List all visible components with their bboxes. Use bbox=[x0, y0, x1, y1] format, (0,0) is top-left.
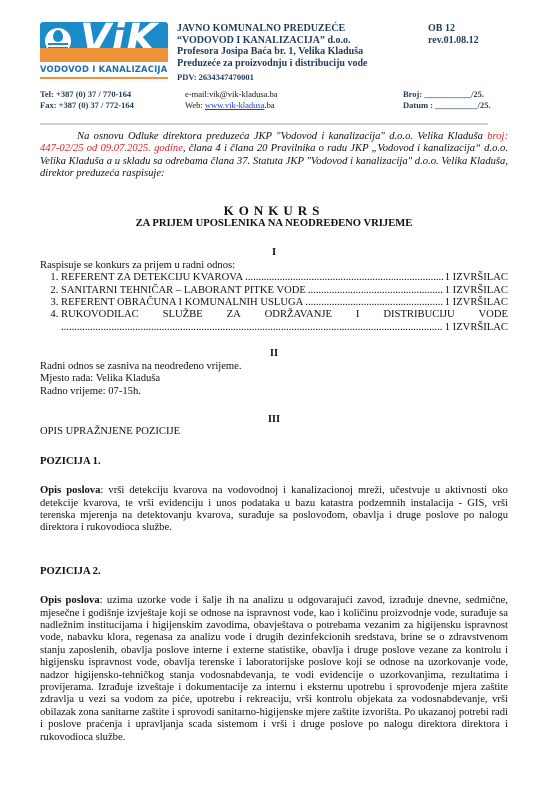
document-revision: rev.01.08.12 bbox=[428, 35, 479, 47]
working-hours: Radno vrijeme: 07-15h. bbox=[40, 386, 508, 398]
document-subtitle: ZA PRIJEM UPOSLENIKA NA NEODREĐENO VRIJE… bbox=[40, 218, 508, 230]
registration-fields: Broj: ___________/25. Datum : __________… bbox=[403, 89, 491, 111]
position-1-description: Opis poslova: vrši detekciju kvarova na … bbox=[40, 485, 508, 535]
logo-wave bbox=[40, 48, 168, 62]
website-link[interactable]: www.vik-kladusa bbox=[205, 100, 265, 110]
broj-field: Broj: ___________/25. bbox=[403, 89, 491, 100]
company-address: Profesora Josipa Baća br. 1, Velika Klad… bbox=[177, 46, 367, 58]
web-contacts: e-mail:vik@vik-kladusa.ba Web: www.vik-k… bbox=[185, 89, 278, 111]
position-item: REFERENT OBRAČUNA I KOMUNALNIH USLUGA1 I… bbox=[61, 297, 508, 309]
section-1-lead: Raspisuje se konkurs za prijem u radni o… bbox=[40, 260, 508, 272]
company-info: JAVNO KOMUNALNO PREDUZEĆE “VODOVOD I KAN… bbox=[177, 23, 367, 84]
section-1-numeral: I bbox=[40, 247, 508, 259]
position-2-description: Opis poslova: uzima uzorke vode i šalje … bbox=[40, 595, 508, 744]
company-line-2: “VODOVOD I KANALIZACIJA” d.o.o. bbox=[177, 35, 367, 47]
fax: Fax: +387 (0) 37 / 772-164 bbox=[40, 100, 134, 111]
logo-name: VODOVOD I KANALIZACIJA bbox=[40, 64, 168, 74]
section-3-heading: OPIS UPRAŽNJENE POZICIJE bbox=[40, 426, 508, 438]
company-description: Preduzeće za proizvodnju i distribuciju … bbox=[177, 58, 367, 70]
document-title: KONKURS bbox=[40, 205, 508, 217]
telephone: Tel: +387 (0) 37 / 770-164 bbox=[40, 89, 134, 100]
section-2-numeral: II bbox=[40, 348, 508, 360]
employment-type: Radni odnos se zasniva na neodređeno vri… bbox=[40, 361, 508, 373]
work-location: Mjesto rada: Velika Kladuša bbox=[40, 373, 508, 385]
position-1-title: POZICIJA 1. bbox=[40, 456, 508, 468]
company-pdv: PDV: 2634347470001 bbox=[177, 72, 367, 84]
document-reference: OB 12 rev.01.08.12 bbox=[428, 23, 479, 46]
logo-graphic: ViK bbox=[40, 22, 168, 62]
position-item: SANITARNI TEHNIČAR – LABORANT PITKE VODE… bbox=[61, 285, 508, 297]
document-code: OB 12 bbox=[428, 23, 479, 35]
document-body: Na osnovu Odluke direktora preduzeća JKP… bbox=[40, 131, 508, 744]
position-item: RUKOVODILACSLUŽBEZAODRŽAVANJEIDISTRIBUCI… bbox=[61, 309, 508, 334]
company-logo: ViK VODOVOD I KANALIZACIJA bbox=[40, 22, 168, 80]
phone-contacts: Tel: +387 (0) 37 / 770-164 Fax: +387 (0)… bbox=[40, 89, 134, 111]
positions-list: REFERENT ZA DETEKCIJU KVAROVA1 IZVRŠILAC… bbox=[40, 272, 508, 334]
position-4-label: RUKOVODILACSLUŽBEZAODRŽAVANJEIDISTRIBUCI… bbox=[61, 309, 508, 321]
section-3-numeral: III bbox=[40, 414, 508, 426]
datum-field: Datum : __________/25. bbox=[403, 100, 491, 111]
position-item: REFERENT ZA DETEKCIJU KVAROVA1 IZVRŠILAC bbox=[61, 272, 508, 284]
intro-paragraph: Na osnovu Odluke direktora preduzeća JKP… bbox=[40, 131, 508, 181]
website: Web: www.vik-kladusa.ba bbox=[185, 100, 278, 111]
logo-underline bbox=[40, 77, 168, 79]
company-line-1: JAVNO KOMUNALNO PREDUZEĆE bbox=[177, 23, 367, 35]
email: e-mail:vik@vik-kladusa.ba bbox=[185, 89, 278, 100]
header-divider bbox=[40, 123, 488, 125]
position-2-title: POZICIJA 2. bbox=[40, 566, 508, 578]
